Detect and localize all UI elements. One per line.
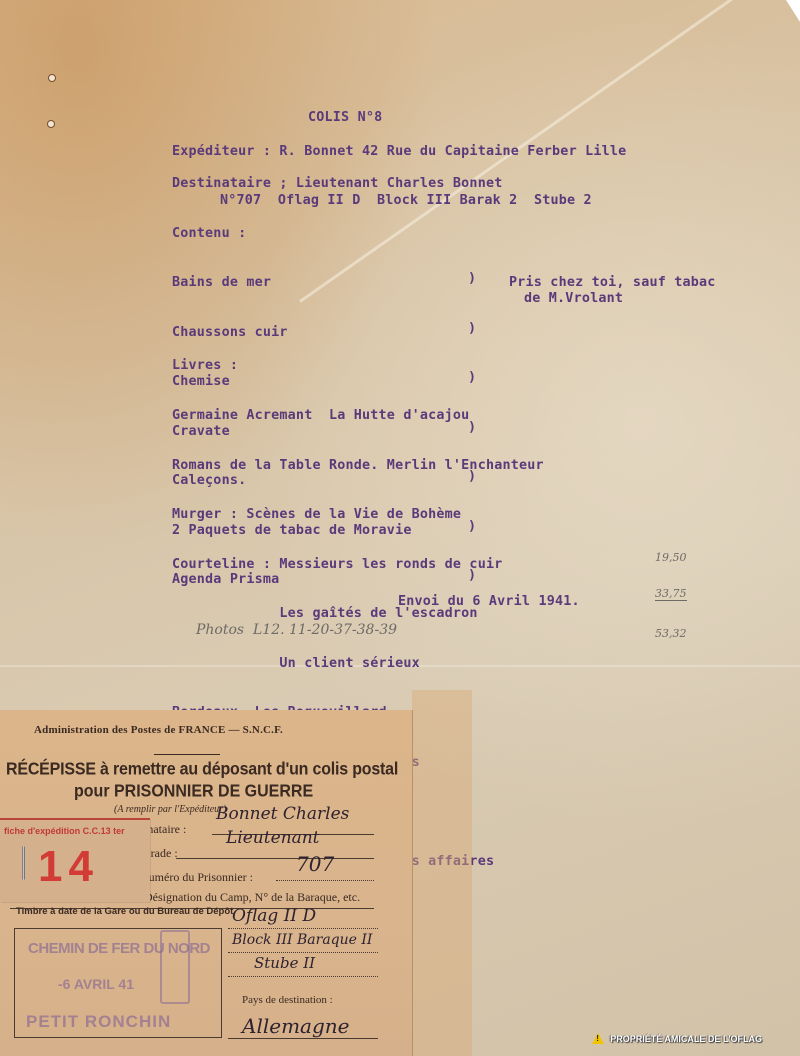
books-heading: Livres : [172, 358, 238, 375]
camp-value-2: Block III Baraque II [232, 932, 372, 948]
grade-line [176, 858, 374, 859]
postmark-line-3: PETIT RONCHIN [26, 1012, 171, 1032]
camp-line-1 [228, 928, 378, 929]
prisoner-number-value: 707 [296, 852, 334, 876]
contents-item: Bains de mer [172, 275, 412, 292]
postmark-date: -6 AVRIL 41 [58, 976, 134, 992]
warning-icon [592, 1033, 604, 1044]
postal-receipt: Administration des Postes de FRANCE — S.… [0, 710, 413, 1056]
prisoner-number-line [276, 880, 374, 881]
book-item: Romans de la Table Ronde. Merlin l'Encha… [172, 458, 544, 475]
dispatch-date: Envoi du 6 Avril 1941. [398, 594, 580, 611]
ownership-watermark: PROPRIÉTÉ AMICALE DE L'OFLAG [592, 1033, 762, 1044]
punch-hole [48, 74, 56, 82]
parcel-title: COLIS N°8 [308, 110, 382, 127]
receipt-title-line-2: pour PRISONNIER DE GUERRE [74, 782, 313, 802]
staple [22, 846, 25, 880]
sender-line: Expéditeur : R. Bonnet 42 Rue du Capitai… [172, 144, 626, 161]
watermark-text: PROPRIÉTÉ AMICALE DE L'OFLAG [610, 1034, 762, 1044]
grade-value: Lieutenant [226, 828, 320, 848]
recipient-line-2: N°707 Oflag II D Block III Barak 2 Stube… [220, 193, 592, 210]
postmark-ring [160, 930, 190, 1004]
side-note-line-2: de M.Vrolant [524, 291, 623, 308]
country-label: Pays de destination : [242, 994, 333, 1006]
torn-corner [786, 0, 800, 22]
camp-line-3 [228, 976, 378, 977]
book-item: Murger : Scènes de la Vie de Bohème [172, 507, 544, 524]
receipt-divider [154, 754, 220, 755]
book-item: Germaine Acremant La Hutte d'acajou [172, 408, 544, 425]
country-value: Allemagne [242, 1014, 349, 1038]
receipt-admin-header: Administration des Postes de FRANCE — S.… [34, 724, 283, 736]
punch-hole [47, 120, 55, 128]
contents-item: Chaussons cuir [172, 325, 412, 342]
dispatch-tag: fiche d'expédition C.C.13 ter 14 [0, 818, 150, 902]
adhesive-tape [412, 690, 472, 1056]
contents-heading: Contenu : [172, 226, 246, 243]
photo-reference-note: Photos L12. 11-20-37-38-39 [196, 622, 397, 638]
book-item: Courteline : Messieurs les ronds de cuir [172, 557, 544, 574]
camp-line-2 [228, 952, 378, 953]
prisoner-number-label: Numéro du Prisonnier : [140, 870, 253, 885]
camp-value-1: Oflag II D [232, 906, 316, 926]
camp-value-3: Stube II [254, 954, 315, 972]
book-item: Un client sérieux [172, 656, 544, 673]
recipient-value: Bonnet Charles [216, 804, 349, 824]
country-line [228, 1038, 378, 1039]
side-note-line-1: Pris chez toi, sauf tabac [509, 275, 716, 292]
tag-label: fiche d'expédition C.C.13 ter [4, 826, 125, 836]
pencil-sum: 19,50 33,75 53,32 [655, 528, 687, 664]
stamp-area-title: Timbre à date de la Gare ou du Bureau de… [16, 906, 233, 917]
tag-number: 14 [38, 842, 99, 892]
receipt-fill-note: (A remplir par l'Expéditeur) [114, 804, 226, 815]
recipient-line-1: Destinataire ; Lieutenant Charles Bonnet [172, 176, 502, 193]
camp-label: Désignation du Camp, N° de la Baraque, e… [144, 890, 360, 905]
receipt-title-line-1: RÉCÉPISSE à remettre au déposant d'un co… [6, 760, 398, 780]
